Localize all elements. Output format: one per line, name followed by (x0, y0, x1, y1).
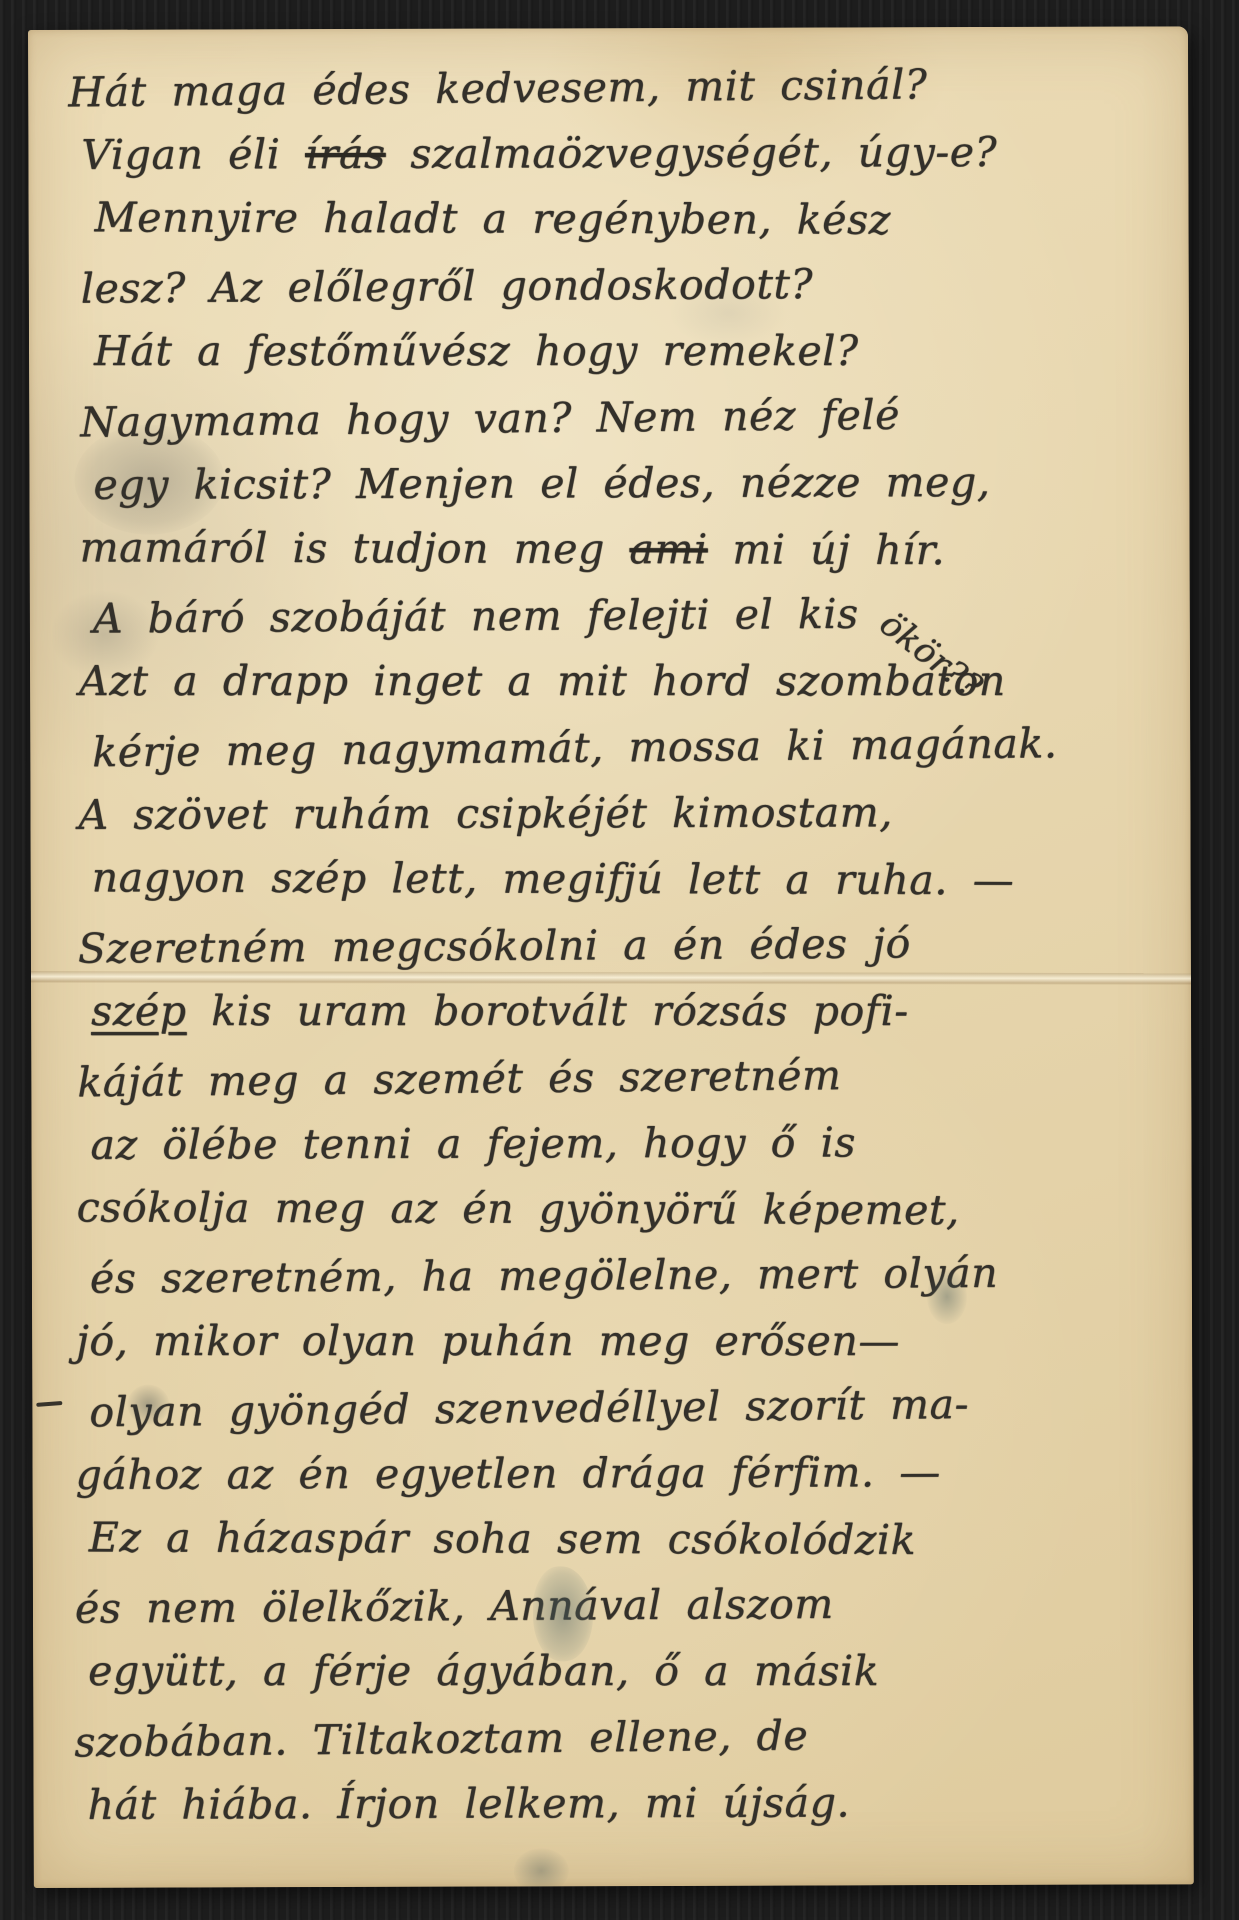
text-segment: csókolja meg az én gyönyörű képemet, (77, 1183, 960, 1234)
letter-line: mamáról is tudjon meg ami mi új hír. (80, 514, 1190, 583)
letter-line: nagyon szép lett, megifjú lett a ruha. — (92, 844, 1194, 913)
text-segment: írás (305, 130, 386, 178)
text-segment: gához az én egyetlen drága férfim. — (75, 1448, 940, 1499)
letter-line: Hát a festőművész hogy remekel? (94, 318, 1194, 384)
text-segment: egy kicsit? Menjen el édes, nézze meg, (93, 458, 990, 509)
scanned-letter-photo: { "document": { "kind": "handwritten let… (0, 0, 1239, 1920)
text-segment: lesz? Az előlegről gondoskodott? (81, 260, 814, 313)
text-segment: és szeretném, ha megölelne, mert olyán (90, 1249, 999, 1303)
letter-line: hát hiába. Írjon lelkem, mi újság. (87, 1768, 1193, 1837)
letter-line: és szeretném, ha megölelne, mert olyán (90, 1239, 1194, 1312)
letter-line: együtt, a férje ágyában, ő a másik (88, 1638, 1194, 1704)
letter-line: jó, mikor olyan puhán meg erősen— (76, 1308, 1186, 1374)
letter-line: Hát maga édes kedvesem, mit csinál? (68, 49, 1179, 125)
text-segment: olyan gyöngéd szenvedéllyel szorít ma- (89, 1380, 969, 1436)
text-segment: káját meg a szemét és szeretném (77, 1051, 842, 1106)
text-segment: Hát maga édes kedvesem, mit csinál? (68, 60, 928, 116)
text-segment: ami (629, 525, 707, 573)
text-segment: és nem ölelkőzik, Annával alszom (75, 1580, 834, 1633)
letter-line: Vigan éli írás szalmaözvegységét, úgy-e? (81, 118, 1191, 187)
text-segment: Nagymama hogy van? Nem néz felé (80, 391, 900, 447)
letter-line: lesz? Az előlegről gondoskodott? (81, 249, 1191, 322)
letter-text-block: Hát maga édes kedvesem, mit csinál?Vigan… (68, 52, 1184, 1837)
letter-line: Ez a házaspár soha sem csókolódzik (89, 1504, 1194, 1573)
letter-line: Azt a drapp inget a mit hord szombaton (79, 648, 1189, 714)
text-segment: az ölébe tenni a fejem, hogy ő is (90, 1118, 856, 1168)
text-segment: Szeretném megcsókolni a én édes jó (78, 919, 911, 972)
letter-line: olyan gyöngéd szenvedéllyel szorít ma- (89, 1369, 1194, 1445)
letter-line: szobában. Tiltakoztam ellene, de (74, 1699, 1185, 1775)
letter-line: szép kis uram borotvált rózsás pofi- (91, 978, 1194, 1044)
text-segment: jó, mikor olyan puhán meg erősen— (76, 1317, 900, 1365)
text-segment: kis uram borotvált rózsás pofi- (187, 987, 909, 1035)
letter-line: Szeretném megcsókolni a én édes jó (78, 909, 1188, 982)
letter-line: Nagymama hogy van? Nem néz felé (80, 379, 1191, 455)
text-segment: A szövet ruhám csipkéjét kimostam, (78, 788, 893, 839)
letter-line: A szövet ruhám csipkéjét kimostam, (78, 778, 1188, 847)
letter-line: csókolja meg az én gyönyörű képemet, (77, 1174, 1187, 1243)
letter-line: gához az én egyetlen drága férfim. — (75, 1438, 1185, 1507)
text-segment: együtt, a férje ágyában, ő a másik (88, 1647, 879, 1695)
letter-line: káját meg a szemét és szeretném (77, 1039, 1188, 1115)
letter-line: és nem ölelkőzik, Annával alszom (75, 1569, 1185, 1642)
text-segment: szalmaözvegységét, úgy-e? (386, 128, 998, 178)
letter-line: A báró szobáját nem felejti el kis ökör?… (93, 579, 1194, 652)
text-segment: hát hiába. Írjon lelkem, mi újság. (88, 1778, 851, 1828)
letter-line: kérje meg nagymamát, mossa ki magának. (92, 709, 1194, 785)
text-segment: Vigan éli (81, 130, 305, 179)
text-segment: mi új hír. (708, 525, 946, 574)
letter-line: Mennyire haladt a regényben, kész (94, 184, 1193, 253)
margin-dash-mark (36, 1401, 62, 1407)
letter-line: egy kicsit? Menjen el édes, nézze meg, (93, 448, 1194, 517)
letter-line: az ölébe tenni a fejem, hogy ő is (90, 1108, 1193, 1177)
text-segment: A báró szobáját nem felejti el kis (93, 590, 884, 643)
letter-page: Hát maga édes kedvesem, mit csinál?Vigan… (28, 26, 1194, 1888)
text-segment: nagyon szép lett, megifjú lett a ruha. — (92, 853, 1015, 904)
ink-smudge (514, 1848, 569, 1888)
text-segment: Hát a festőművész hogy remekel? (94, 327, 859, 375)
text-segment: Ez a házaspár soha sem csókolódzik (89, 1513, 916, 1564)
text-segment: Azt a drapp inget a mit hord szombaton (79, 657, 1006, 705)
text-segment: Mennyire haladt a regényben, kész (95, 193, 891, 244)
text-segment: szobában. Tiltakoztam ellene, de (74, 1711, 808, 1766)
text-segment: kérje meg nagymamát, mossa ki magának. (92, 719, 1058, 776)
text-segment: mamáról is tudjon meg (80, 523, 630, 573)
text-segment: szép (91, 987, 187, 1035)
